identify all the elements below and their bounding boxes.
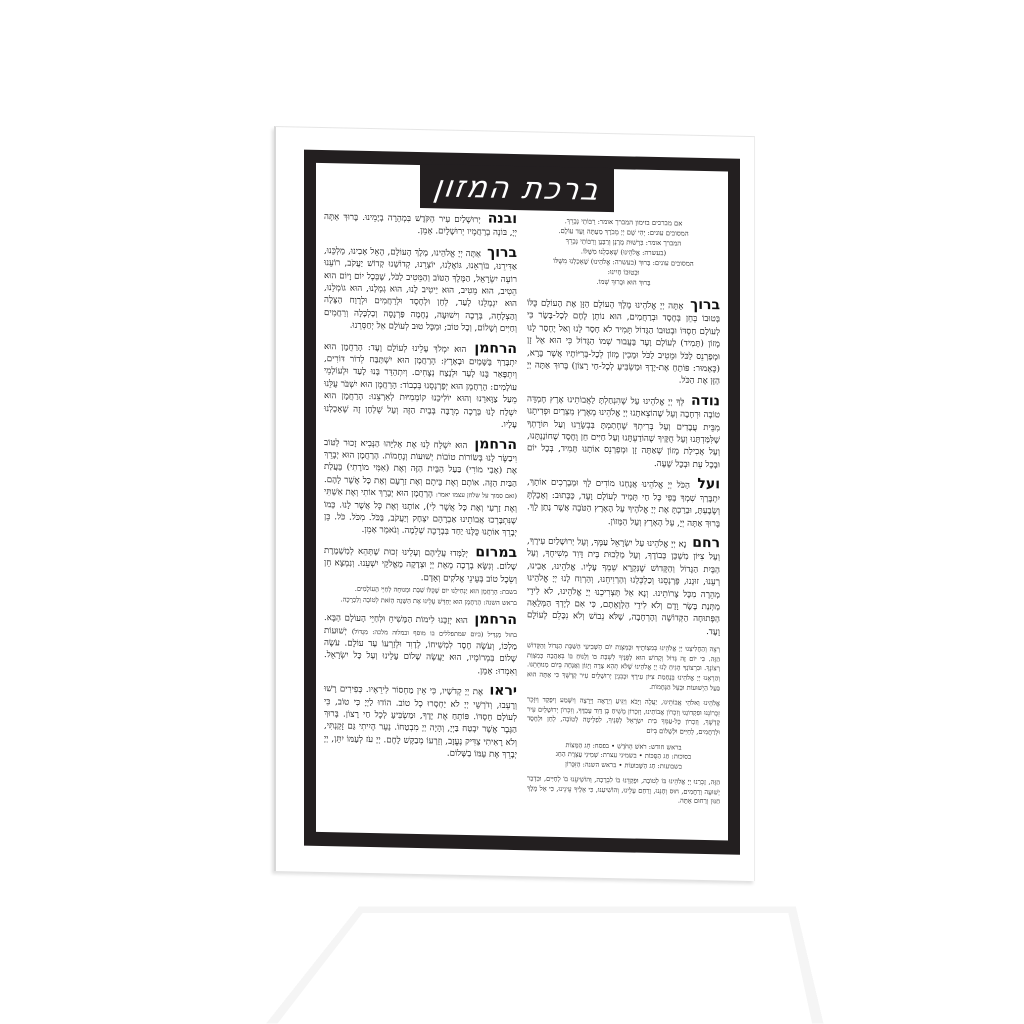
panel-reflection — [266, 907, 823, 1024]
paragraph-lead: נודה — [691, 393, 720, 410]
page-title: ברכת המזון — [431, 169, 602, 207]
paragraph-lead: הרחמן — [474, 436, 517, 453]
paragraph-lead: ברוך — [690, 297, 720, 314]
paragraph-note: (ואם סמוך על שלחן עצמו יאמר: — [436, 491, 517, 501]
content-area: ברכת המזון אם מברכים בזימון המברך אומר: … — [316, 163, 728, 841]
left-column: ובנה יְרוּשָׁלַיִם עִיר הַקֹּדֶשׁ בִּמְה… — [324, 209, 517, 828]
paragraph-lead: ברוך — [487, 244, 517, 261]
paragraph-text: הַכֹּל יְיָ אֱלֹהֵינוּ אֲנַחְנוּ מוֹדִים… — [527, 478, 720, 529]
paragraph-baruch-hazan: ברוך אַתָּה יְיָ אֱלֹהֵינוּ מֶלֶךְ הָעוֹ… — [527, 295, 720, 388]
paragraph-lead: ובנה — [488, 210, 517, 227]
black-frame: ברכת המזון אם מברכים בזימון המברך אומר: … — [304, 150, 740, 855]
title-banner: ברכת המזון — [420, 164, 614, 212]
paragraph-harachaman-2: הרחמן הוּא יִשְׁלַח לָנוּ אֶת אֵלִיָּהוּ… — [324, 435, 517, 540]
paragraph-nodeh: נודה לְּךָ יְיָ אֱלֹהֵינוּ עַל שֶׁהִנְחַ… — [527, 391, 720, 471]
paragraph-bamarom: במרום יְלַמְּדוּ עֲלֵיהֶם וְעָלֵינוּ זְכ… — [324, 543, 517, 586]
paragraph-lead: רחם — [692, 535, 720, 552]
paragraph-lead: הרחמן — [474, 340, 517, 357]
paragraph-lead: במרום — [475, 544, 517, 561]
paragraph-yaaleh-veyavo: אֱלֹהֵינוּ וֵאלֹהֵי אֲבוֹתֵינוּ, יַעֲלֶה… — [527, 695, 720, 737]
paragraph-harachaman-1: הרחמן הוּא יִמְלֹךְ עָלֵינוּ לְעוֹלָם וָ… — [324, 339, 517, 432]
holiday-insertions: בראש חודש: רֹאשׁ הַחֹדֶשׁ • בפסח: חַג הַ… — [527, 740, 720, 773]
paragraph-zochrenu: הַזֶּה, זָכְרֵנוּ יְיָ אֱלֹהֵינוּ בּוֹ ל… — [527, 775, 720, 808]
paragraph-note: בחול מַגְדִּיל (ביום שמתפללים בו מוסף וב… — [352, 627, 517, 638]
paragraph-veal-hakol: ועל הַכֹּל יְיָ אֱלֹהֵינוּ אֲנַחְנוּ מוֹ… — [527, 475, 720, 531]
text-columns: אם מברכים בזימון המברך אומר: רַבּוֹתַי נ… — [324, 209, 720, 832]
paragraph-rachem: רחם נָא יְיָ אֱלֹהֵינוּ עַל יִשְׂרָאֵל ע… — [527, 533, 720, 638]
paragraph-lead: יראו — [489, 683, 517, 700]
acrylic-panel: ברכת המזון אם מברכים בזימון המברך אומר: … — [274, 126, 755, 881]
paragraph-lead: ועל — [697, 476, 720, 492]
zimun-intro: אם מברכים בזימון המברך אומר: רַבּוֹתַי נ… — [527, 215, 720, 289]
paragraph-uvneh: ובנה יְרוּשָׁלַיִם עִיר הַקֹּדֶשׁ בִּמְה… — [324, 209, 517, 240]
paragraph-text: הוּא יְזַכֵּנוּ לִימוֹת הַמָּשִׁיחַ וּלְ… — [324, 613, 468, 626]
right-column: אם מברכים בזימון המברך אומר: רַבּוֹתַי נ… — [527, 213, 720, 832]
paragraph-text: נָא יְיָ אֱלֹהֵינוּ עַל יִשְׂרָאֵל עַמֶּ… — [527, 536, 720, 637]
paragraph-lead: הרחמן — [474, 611, 517, 628]
paragraph-harachaman-3: הרחמן הוּא יְזַכֵּנוּ לִימוֹת הַמָּשִׁיח… — [324, 610, 517, 678]
paragraph-baruch-hael: ברוך אַתָּה יְיָ אֱלֹהֵינוּ, מֶלֶךְ הָעו… — [324, 243, 517, 336]
paragraph-retzeh: רְצֵה וְהַחֲלִיצֵנוּ יְיָ אֱלֹהֵינוּ בְּ… — [527, 641, 720, 693]
paragraph-yiru: יראו אֶת יְיָ קְדֹשָׁיו, כִּי אֵין מַחְס… — [324, 681, 517, 761]
